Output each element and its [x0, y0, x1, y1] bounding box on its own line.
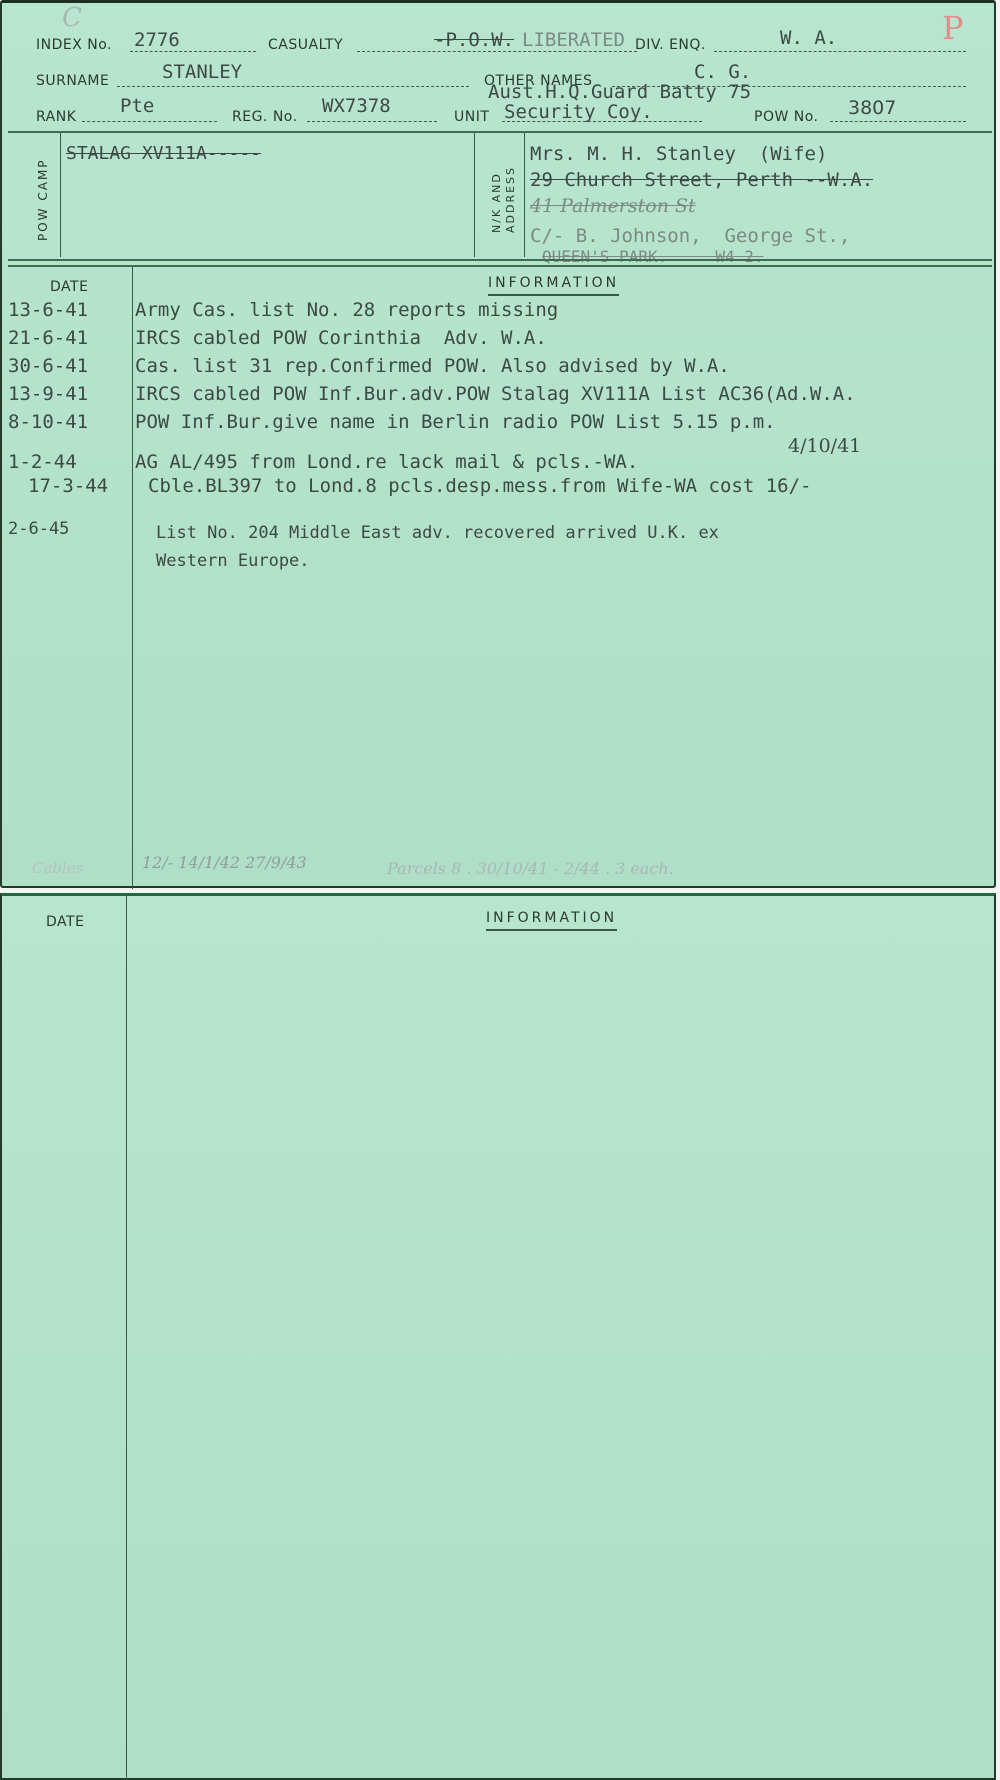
rank-value: Pte	[120, 95, 154, 117]
casualty-value: LIBERATED	[522, 29, 625, 51]
index-label: INDEX No.	[36, 37, 112, 53]
log-entry-date: 13-9-41	[8, 383, 88, 405]
rank-dotted-line	[82, 121, 217, 122]
log-entry-text: POW Inf.Bur.give name in Berlin radio PO…	[135, 411, 776, 433]
pow-camp-divider	[60, 133, 61, 257]
date-column-divider	[132, 267, 133, 889]
other-names-value: C. G.	[694, 61, 751, 83]
nk-address-line: QUEEN'S PARK. W4 2.	[542, 247, 764, 266]
pow-no-dotted-line	[830, 121, 966, 122]
pow-no-label: POW No.	[754, 109, 819, 125]
unit-label: UNIT	[454, 109, 489, 125]
back-information-column-header: INFORMATION	[486, 910, 617, 931]
pow-camp-label: POW CAMP	[36, 158, 50, 241]
casualty-dotted-line	[357, 51, 637, 52]
nk-address-line: Mrs. M. H. Stanley (Wife)	[530, 143, 827, 165]
nk-address-line: C/- B. Johnson, George St.,	[530, 225, 850, 247]
log-entry-date: 30-6-41	[8, 355, 88, 377]
log-entry-text: Cas. list 31 rep.Confirmed POW. Also adv…	[135, 355, 730, 377]
date-column-header: DATE	[50, 279, 88, 295]
back-date-column-header: DATE	[46, 914, 84, 930]
log-entry-text: Army Cas. list No. 28 reports missing	[135, 299, 558, 321]
div-enq-value: W. A.	[780, 27, 837, 49]
log-entry-date: 2-6-45	[8, 519, 69, 539]
nk-divider-right	[524, 133, 525, 257]
information-column-header: INFORMATION	[488, 275, 619, 296]
back-date-column-divider	[126, 896, 127, 1780]
surname-label: SURNAME	[36, 73, 109, 89]
log-entry-annotation: 4/10/41	[788, 435, 861, 457]
div-enq-label: DIV. ENQ.	[635, 37, 706, 53]
pow-no-value: 3807	[848, 97, 896, 119]
section-divider-top	[8, 259, 992, 261]
pow-record-card-front: C P INDEX No. 2776 CASUALTY -P.O.W. LIBE…	[0, 0, 996, 888]
pow-record-card-back: DATE INFORMATION	[0, 893, 996, 1780]
header-divider	[8, 131, 992, 133]
corner-mark: C	[62, 3, 82, 33]
reg-no-dotted-line	[307, 121, 437, 122]
log-entry-date: 17-3-44	[28, 475, 108, 497]
casualty-value-struck: -P.O.W.	[434, 29, 514, 51]
unit-value: Security Coy.	[504, 101, 653, 123]
red-mark: P	[942, 9, 964, 47]
casualty-label: CASUALTY	[268, 37, 343, 53]
nk-address-line: 29 Church Street, Perth --W.A.	[530, 169, 873, 191]
index-value: 2776	[134, 29, 180, 51]
log-entry-date: 1-2-44	[8, 451, 77, 473]
reg-no-label: REG. No.	[232, 109, 298, 125]
handwritten-cables-label: Cables	[32, 859, 83, 877]
handwritten-cable-dates: 12/- 14/1/42 27/9/43	[142, 853, 307, 872]
log-entry-text: IRCS cabled POW Corinthia Adv. W.A.	[135, 327, 547, 349]
log-entry-date: 13-6-41	[8, 299, 88, 321]
log-entry-text: List No. 204 Middle East adv. recovered …	[156, 519, 719, 575]
pow-camp-value: STALAG XV111A-----	[66, 143, 261, 164]
div-enq-dotted-line	[714, 51, 966, 52]
nk-address-line: 41 Palmerston St	[530, 195, 696, 217]
surname-dotted-line	[117, 86, 469, 87]
log-entry-date: 8-10-41	[8, 411, 88, 433]
nk-divider-left	[474, 133, 475, 257]
nk-label-line2: ADDRESS	[504, 166, 517, 233]
nk-label-line1: N/K AND	[490, 172, 503, 233]
surname-value: STANLEY	[162, 61, 242, 83]
reg-no-value: WX7378	[322, 95, 391, 117]
section-divider-bottom	[8, 265, 992, 267]
log-entry-text: Cble.BL397 to Lond.8 pcls.desp.mess.from…	[148, 475, 811, 497]
rank-label: RANK	[36, 109, 76, 125]
log-entry-text: IRCS cabled POW Inf.Bur.adv.POW Stalag X…	[135, 383, 856, 405]
handwritten-parcels-note: Parcels 8 . 30/10/41 - 2/44 . 3 each.	[387, 859, 674, 878]
log-entry-date: 21-6-41	[8, 327, 88, 349]
log-entry-text: AG AL/495 from Lond.re lack mail & pcls.…	[135, 451, 638, 473]
unit-line-1: Aust.H.Q.Guard Batty 75	[488, 81, 751, 103]
index-dotted-line	[130, 51, 256, 52]
